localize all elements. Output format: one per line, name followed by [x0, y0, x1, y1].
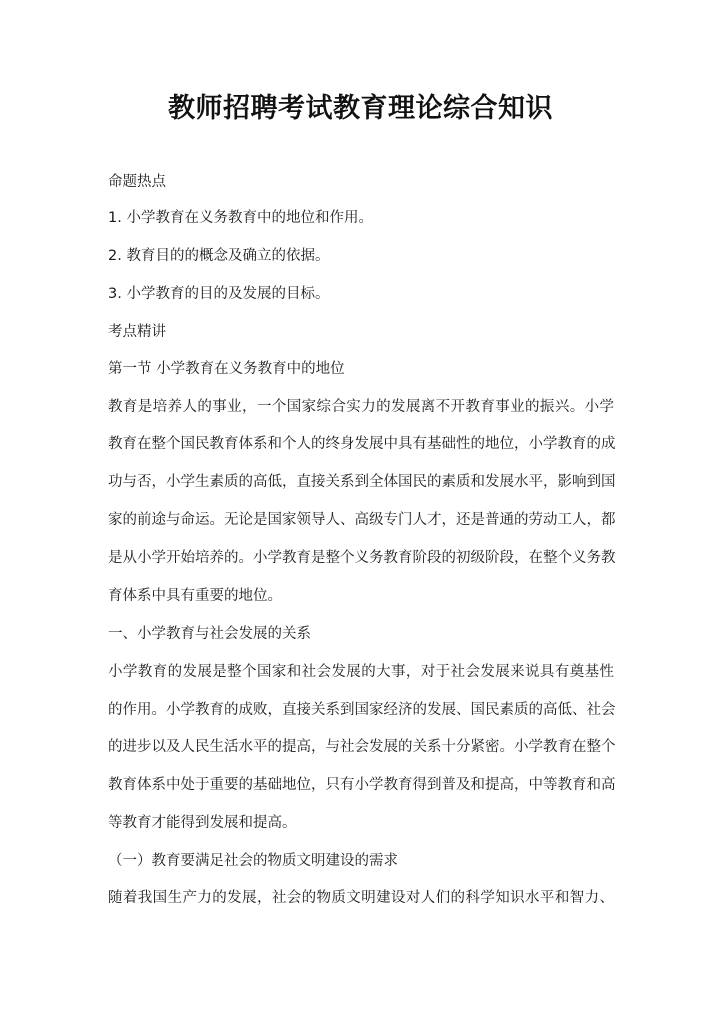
paragraph-line: 教育是培养人的事业，一个国家综合实力的发展离不开教育事业的振兴。小学: [108, 397, 614, 417]
list-item: 3. 小学教育的目的及发展的目标。: [108, 284, 614, 304]
paragraph-line: 等教育才能得到发展和提高。: [108, 813, 614, 833]
paragraph-line: 教育体系中处于重要的基础地位，只有小学教育得到普及和提高，中等教育和高: [108, 775, 614, 795]
paragraph-line: 家的前途与命运。无论是国家领导人、高级专门人才，还是普通的劳动工人，都: [108, 510, 614, 530]
paragraph-line: 的作用。小学教育的成败，直接关系到国家经济的发展、国民素质的高低、社会: [108, 700, 614, 720]
document-page: 教师招聘考试教育理论综合知识 命题热点 1. 小学教育在义务教育中的地位和作用。…: [0, 0, 721, 1020]
list-item: 2. 教育目的的概念及确立的依据。: [108, 246, 614, 266]
paragraph-line: 的进步以及人民生活水平的提高，与社会发展的关系十分紧密。小学教育在整个: [108, 737, 614, 757]
document-title: 教师招聘考试教育理论综合知识: [0, 86, 721, 125]
paragraph-line: 随着我国生产力的发展，社会的物质文明建设对人们的科学知识水平和智力、: [108, 888, 614, 908]
subsubsection-heading: （一）教育要满足社会的物质文明建设的需求: [108, 851, 614, 871]
paragraph-line: 功与否，小学生素质的高低，直接关系到全体国民的素质和发展水平，影响到国: [108, 472, 614, 492]
paragraph-line: 教育在整个国民教育体系和个人的终身发展中具有基础性的地位，小学教育的成: [108, 434, 614, 454]
subsection-heading: 一、小学教育与社会发展的关系: [108, 624, 614, 644]
paragraph-line: 小学教育的发展是整个国家和社会发展的大事，对于社会发展来说具有奠基性: [108, 662, 614, 682]
paragraph-line: 育体系中具有重要的地位。: [108, 586, 614, 606]
section-heading: 第一节 小学教育在义务教育中的地位: [108, 359, 614, 379]
list-item: 1. 小学教育在义务教育中的地位和作用。: [108, 208, 614, 228]
heading-hot-topics: 命题热点: [108, 172, 614, 192]
heading-key-points: 考点精讲: [108, 322, 614, 342]
paragraph-line: 是从小学开始培养的。小学教育是整个义务教育阶段的初级阶段，在整个义务教: [108, 548, 614, 568]
